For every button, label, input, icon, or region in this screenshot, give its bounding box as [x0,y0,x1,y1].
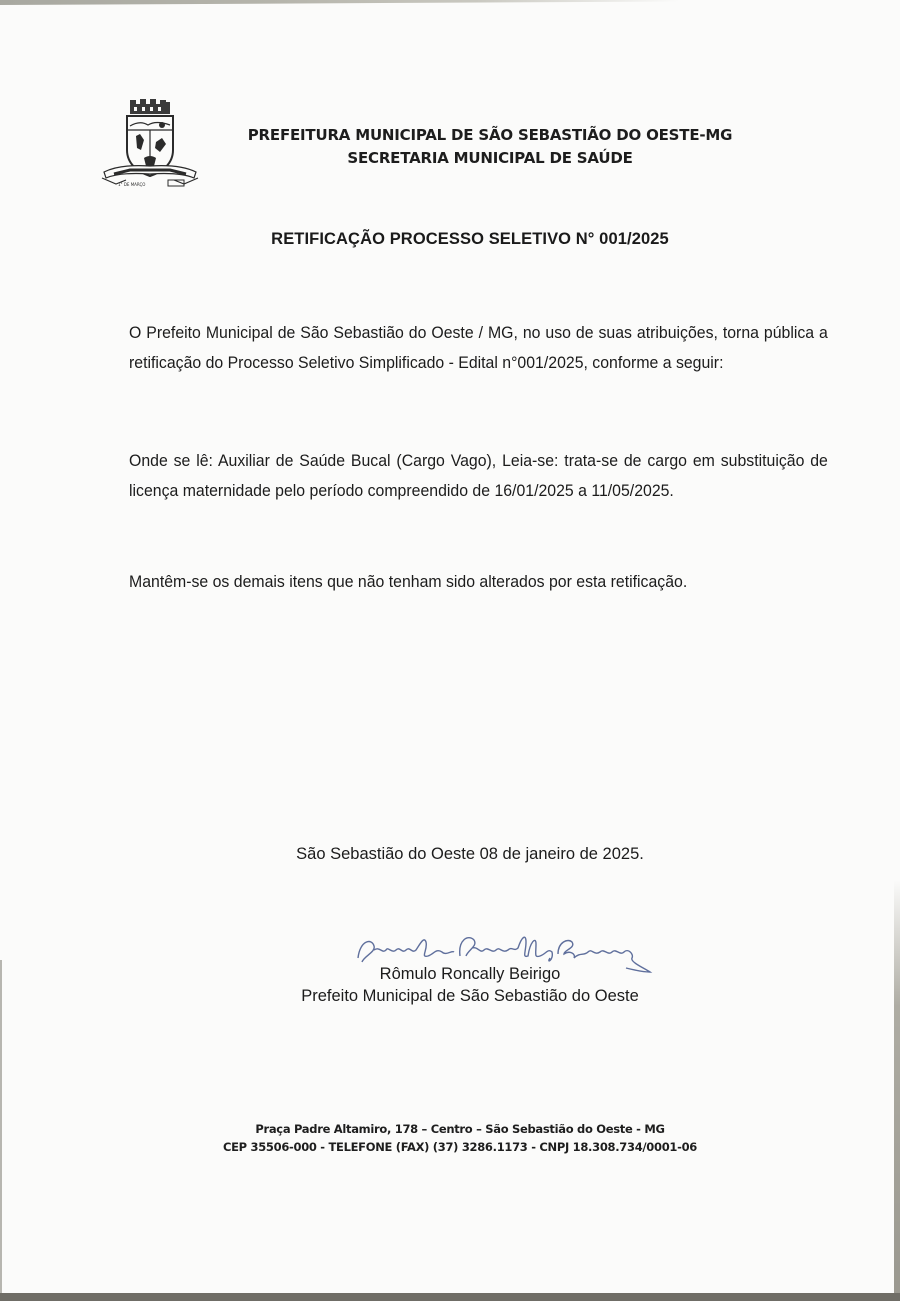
scan-edge-left [0,960,2,1301]
document-title: RETIFICAÇÃO PROCESSO SELETIVO N° 001/202… [200,230,740,249]
footer-contact: CEP 35506-000 - TELEFONE (FAX) (37) 3286… [210,1140,710,1154]
signer-name: Rômulo Roncally Beirigo [200,965,740,984]
paragraph-intro: O Prefeito Municipal de São Sebastião do… [129,318,828,378]
department-header: SECRETARIA MUNICIPAL DE SAÚDE [230,149,750,167]
paragraph-correction: Onde se lê: Auxiliar de Saúde Bucal (Car… [129,446,828,506]
scan-edge-top [0,0,680,5]
document-page: 1° DE MARÇO PREFEITURA MUNICIPAL DE SÃO … [0,0,900,1301]
signer-role: Prefeito Municipal de São Sebastião do O… [200,987,740,1006]
date-line: São Sebastião do Oeste 08 de janeiro de … [200,845,740,864]
coat-of-arms-icon: 1° DE MARÇO [100,98,200,190]
svg-text:1° DE MARÇO: 1° DE MARÇO [118,182,145,187]
paragraph-closing: Mantêm-se os demais itens que não tenham… [129,567,828,597]
footer-address: Praça Padre Altamiro, 178 – Centro – São… [210,1122,710,1136]
scan-edge-bottom [0,1293,900,1301]
scan-edge-right [894,880,900,1301]
municipality-header: PREFEITURA MUNICIPAL DE SÃO SEBASTIÃO DO… [230,126,750,144]
